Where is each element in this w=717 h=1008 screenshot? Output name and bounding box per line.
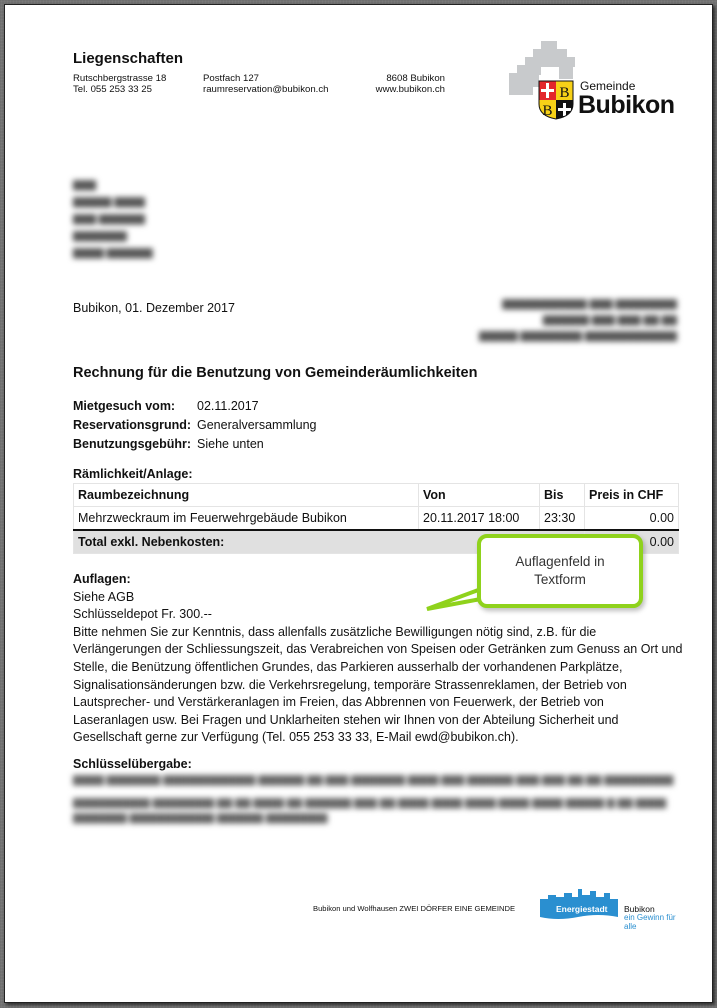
key-handover-text: ▇▇▇▇ ▇▇▇▇▇▇▇ ▇▇▇▇▇▇▇▇▇▇▇▇ ▇▇▇▇▇▇ ▇▇ ▇▇▇ … (73, 773, 683, 826)
cell-to: 23:30 (540, 507, 585, 531)
address-column-3: 8608 Bubikon www.bubikon.ch (365, 73, 445, 95)
energiestadt-label: Energiestadt (556, 904, 608, 914)
key-handover-label: Schlüsselübergabe: (73, 757, 683, 771)
sender-line: ▇▇▇▇▇▇ ▇▇▇ ▇▇▇ ▇▇ ▇▇ (465, 313, 677, 329)
document-page: Liegenschaften Rutschbergstrasse 18 Tel.… (4, 4, 713, 1003)
col-header-from: Von (419, 484, 540, 507)
date-line: Bubikon, 01. Dezember 2017 (73, 301, 235, 315)
conditions-line: Schlüsseldepot Fr. 300.-- (73, 606, 683, 624)
city-skyline-icon (538, 885, 620, 921)
energiestadt-logo: Energiestadt Bubikon ein Gewinn für alle (538, 885, 688, 925)
col-header-price: Preis in CHF (585, 484, 679, 507)
sender-line: ▇▇▇▇▇ ▇▇▇▇▇▇▇▇ ▇▇▇▇▇▇▇▇▇▇▇▇ (465, 329, 677, 345)
col-header-room: Raumbezeichnung (74, 484, 419, 507)
meta-value: Generalversammlung (197, 416, 317, 435)
meta-row-request-date: Mietgesuch vom: 02.11.2017 (73, 397, 317, 416)
blurred-paragraph: ▇▇▇▇ ▇▇▇▇▇▇▇ ▇▇▇▇▇▇▇▇▇▇▇▇ ▇▇▇▇▇▇ ▇▇ ▇▇▇ … (73, 773, 683, 788)
cell-from: 20.11.2017 18:00 (419, 507, 540, 531)
sender-line: ▇▇▇▇▇▇▇▇▇▇▇ ▇▇▇ ▇▇▇▇▇▇▇▇ (465, 297, 677, 313)
logo-big-text: Bubikon (578, 91, 675, 120)
department-title: Liegenschaften (73, 50, 183, 67)
zip-city: 8608 Bubikon (365, 73, 445, 84)
callout-text: Auflagenfeld in Textform (500, 553, 620, 589)
document-title: Rechnung für die Benutzung von Gemeinder… (73, 365, 477, 381)
col-header-to: Bis (540, 484, 585, 507)
phone: Tel. 055 253 33 25 (73, 84, 166, 95)
recipient-line: ▇▇▇ ▇▇▇▇▇▇ (73, 211, 153, 228)
blurred-paragraph: ▇▇▇▇▇▇▇▇▇▇ ▇▇▇▇▇▇▇▇ ▇▇ ▇▇ ▇▇▇▇ ▇▇ ▇▇▇▇▇▇… (73, 796, 683, 826)
address-column-2: Postfach 127 raumreservation@bubikon.ch (203, 73, 328, 95)
table-row: Mehrzweckraum im Feuerwehrgebäude Bubiko… (74, 507, 679, 531)
meta-row-reason: Reservationsgrund: Generalversammlung (73, 416, 317, 435)
postbox: Postfach 127 (203, 73, 328, 84)
cell-room: Mehrzweckraum im Feuerwehrgebäude Bubiko… (74, 507, 419, 531)
coat-of-arms-icon: B B (538, 80, 574, 120)
meta-label: Benutzungsgebühr: (73, 435, 197, 454)
municipality-logo: B B Gemeinde Bubikon (505, 41, 685, 131)
footer-slogan: Bubikon und Wolfhausen ZWEI DÖRFER EINE … (313, 904, 515, 913)
meta-label: Reservationsgrund: (73, 416, 197, 435)
email-link[interactable]: raumreservation@bubikon.ch (203, 84, 328, 95)
key-handover-section: Schlüsselübergabe: ▇▇▇▇ ▇▇▇▇▇▇▇ ▇▇▇▇▇▇▇▇… (73, 757, 683, 834)
svg-text:B: B (559, 85, 569, 101)
energiestadt-slogan: ein Gewinn für alle (624, 913, 688, 931)
meta-value: Siehe unten (197, 435, 264, 454)
rooms-section-label: Rämlichkeit/Anlage: (73, 467, 192, 481)
website-link[interactable]: www.bubikon.ch (365, 84, 445, 95)
recipient-line: ▇▇▇▇ ▇▇▇▇▇▇ (73, 245, 153, 262)
recipient-line: ▇▇▇▇▇ ▇▇▇▇ (73, 194, 153, 211)
sender-contact: ▇▇▇▇▇▇▇▇▇▇▇ ▇▇▇ ▇▇▇▇▇▇▇▇ ▇▇▇▇▇▇ ▇▇▇ ▇▇▇ … (465, 297, 677, 345)
meta-value: 02.11.2017 (197, 397, 259, 416)
address-column-1: Rutschbergstrasse 18 Tel. 055 253 33 25 (73, 73, 166, 95)
meta-label: Mietgesuch vom: (73, 397, 197, 416)
meta-row-fee: Benutzungsgebühr: Siehe unten (73, 435, 317, 454)
table-header-row: Raumbezeichnung Von Bis Preis in CHF (74, 484, 679, 507)
street: Rutschbergstrasse 18 (73, 73, 166, 84)
annotation-callout: Auflagenfeld in Textform (477, 534, 643, 608)
cell-price: 0.00 (585, 507, 679, 531)
invoice-meta: Mietgesuch vom: 02.11.2017 Reservationsg… (73, 397, 317, 454)
recipient-line: ▇▇▇ (73, 177, 153, 194)
recipient-address: ▇▇▇ ▇▇▇▇▇ ▇▇▇▇ ▇▇▇ ▇▇▇▇▇▇ ▇▇▇▇▇▇▇ ▇▇▇▇ ▇… (73, 177, 153, 262)
recipient-line: ▇▇▇▇▇▇▇ (73, 228, 153, 245)
conditions-paragraph: Bitte nehmen Sie zur Kenntnis, dass alle… (73, 624, 683, 747)
